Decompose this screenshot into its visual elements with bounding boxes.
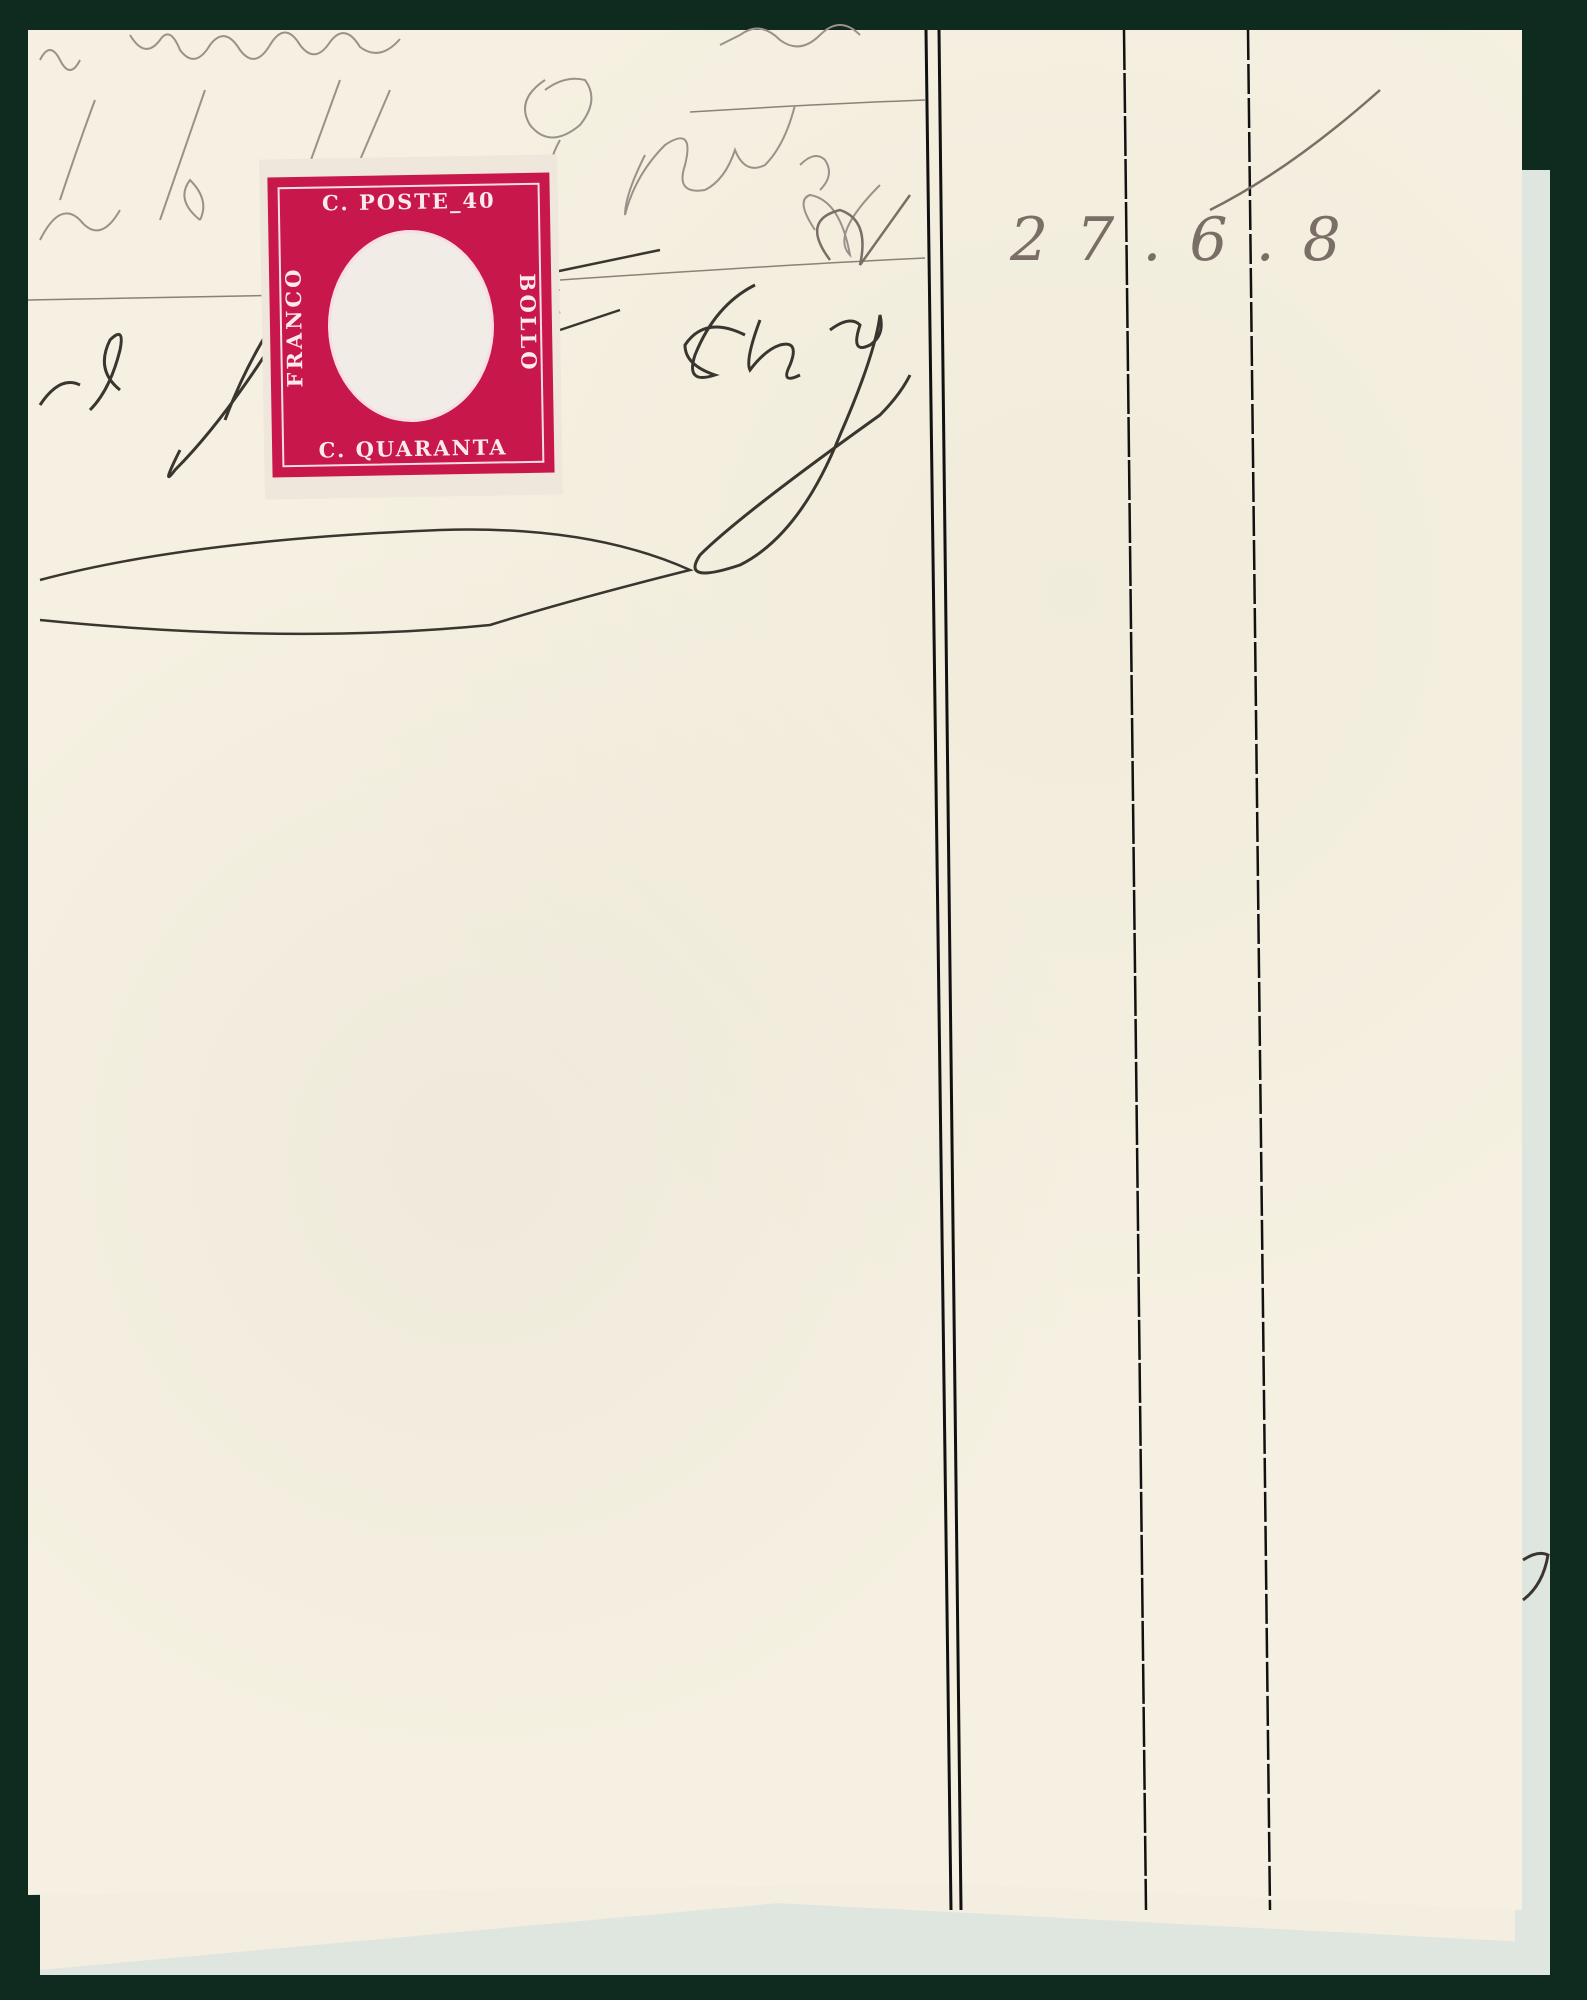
stamp-bottom-text: C. QUARANTA [272,434,554,464]
column-rule-4 [1248,30,1270,1910]
date-entry: 27.6.8 [1010,205,1369,275]
edge-ink-mark [1523,1553,1548,1600]
stamp-design: C. POSTE_40 FRANCO BOLLO C. QUARANTA [267,173,554,478]
stamp-right-text: BOLLO [515,273,542,373]
stamp-top-text: C. POSTE_40 [268,187,550,217]
stamp-left-text: FRANCO [280,266,307,387]
ruling-and-ink [0,0,1587,2000]
column-rule-3 [1124,30,1146,1910]
column-rule-2 [939,30,961,1910]
postage-stamp: C. POSTE_40 FRANCO BOLLO C. QUARANTA [259,154,563,499]
column-rule-1 [926,30,951,1910]
ruled-columns [926,30,1270,1910]
